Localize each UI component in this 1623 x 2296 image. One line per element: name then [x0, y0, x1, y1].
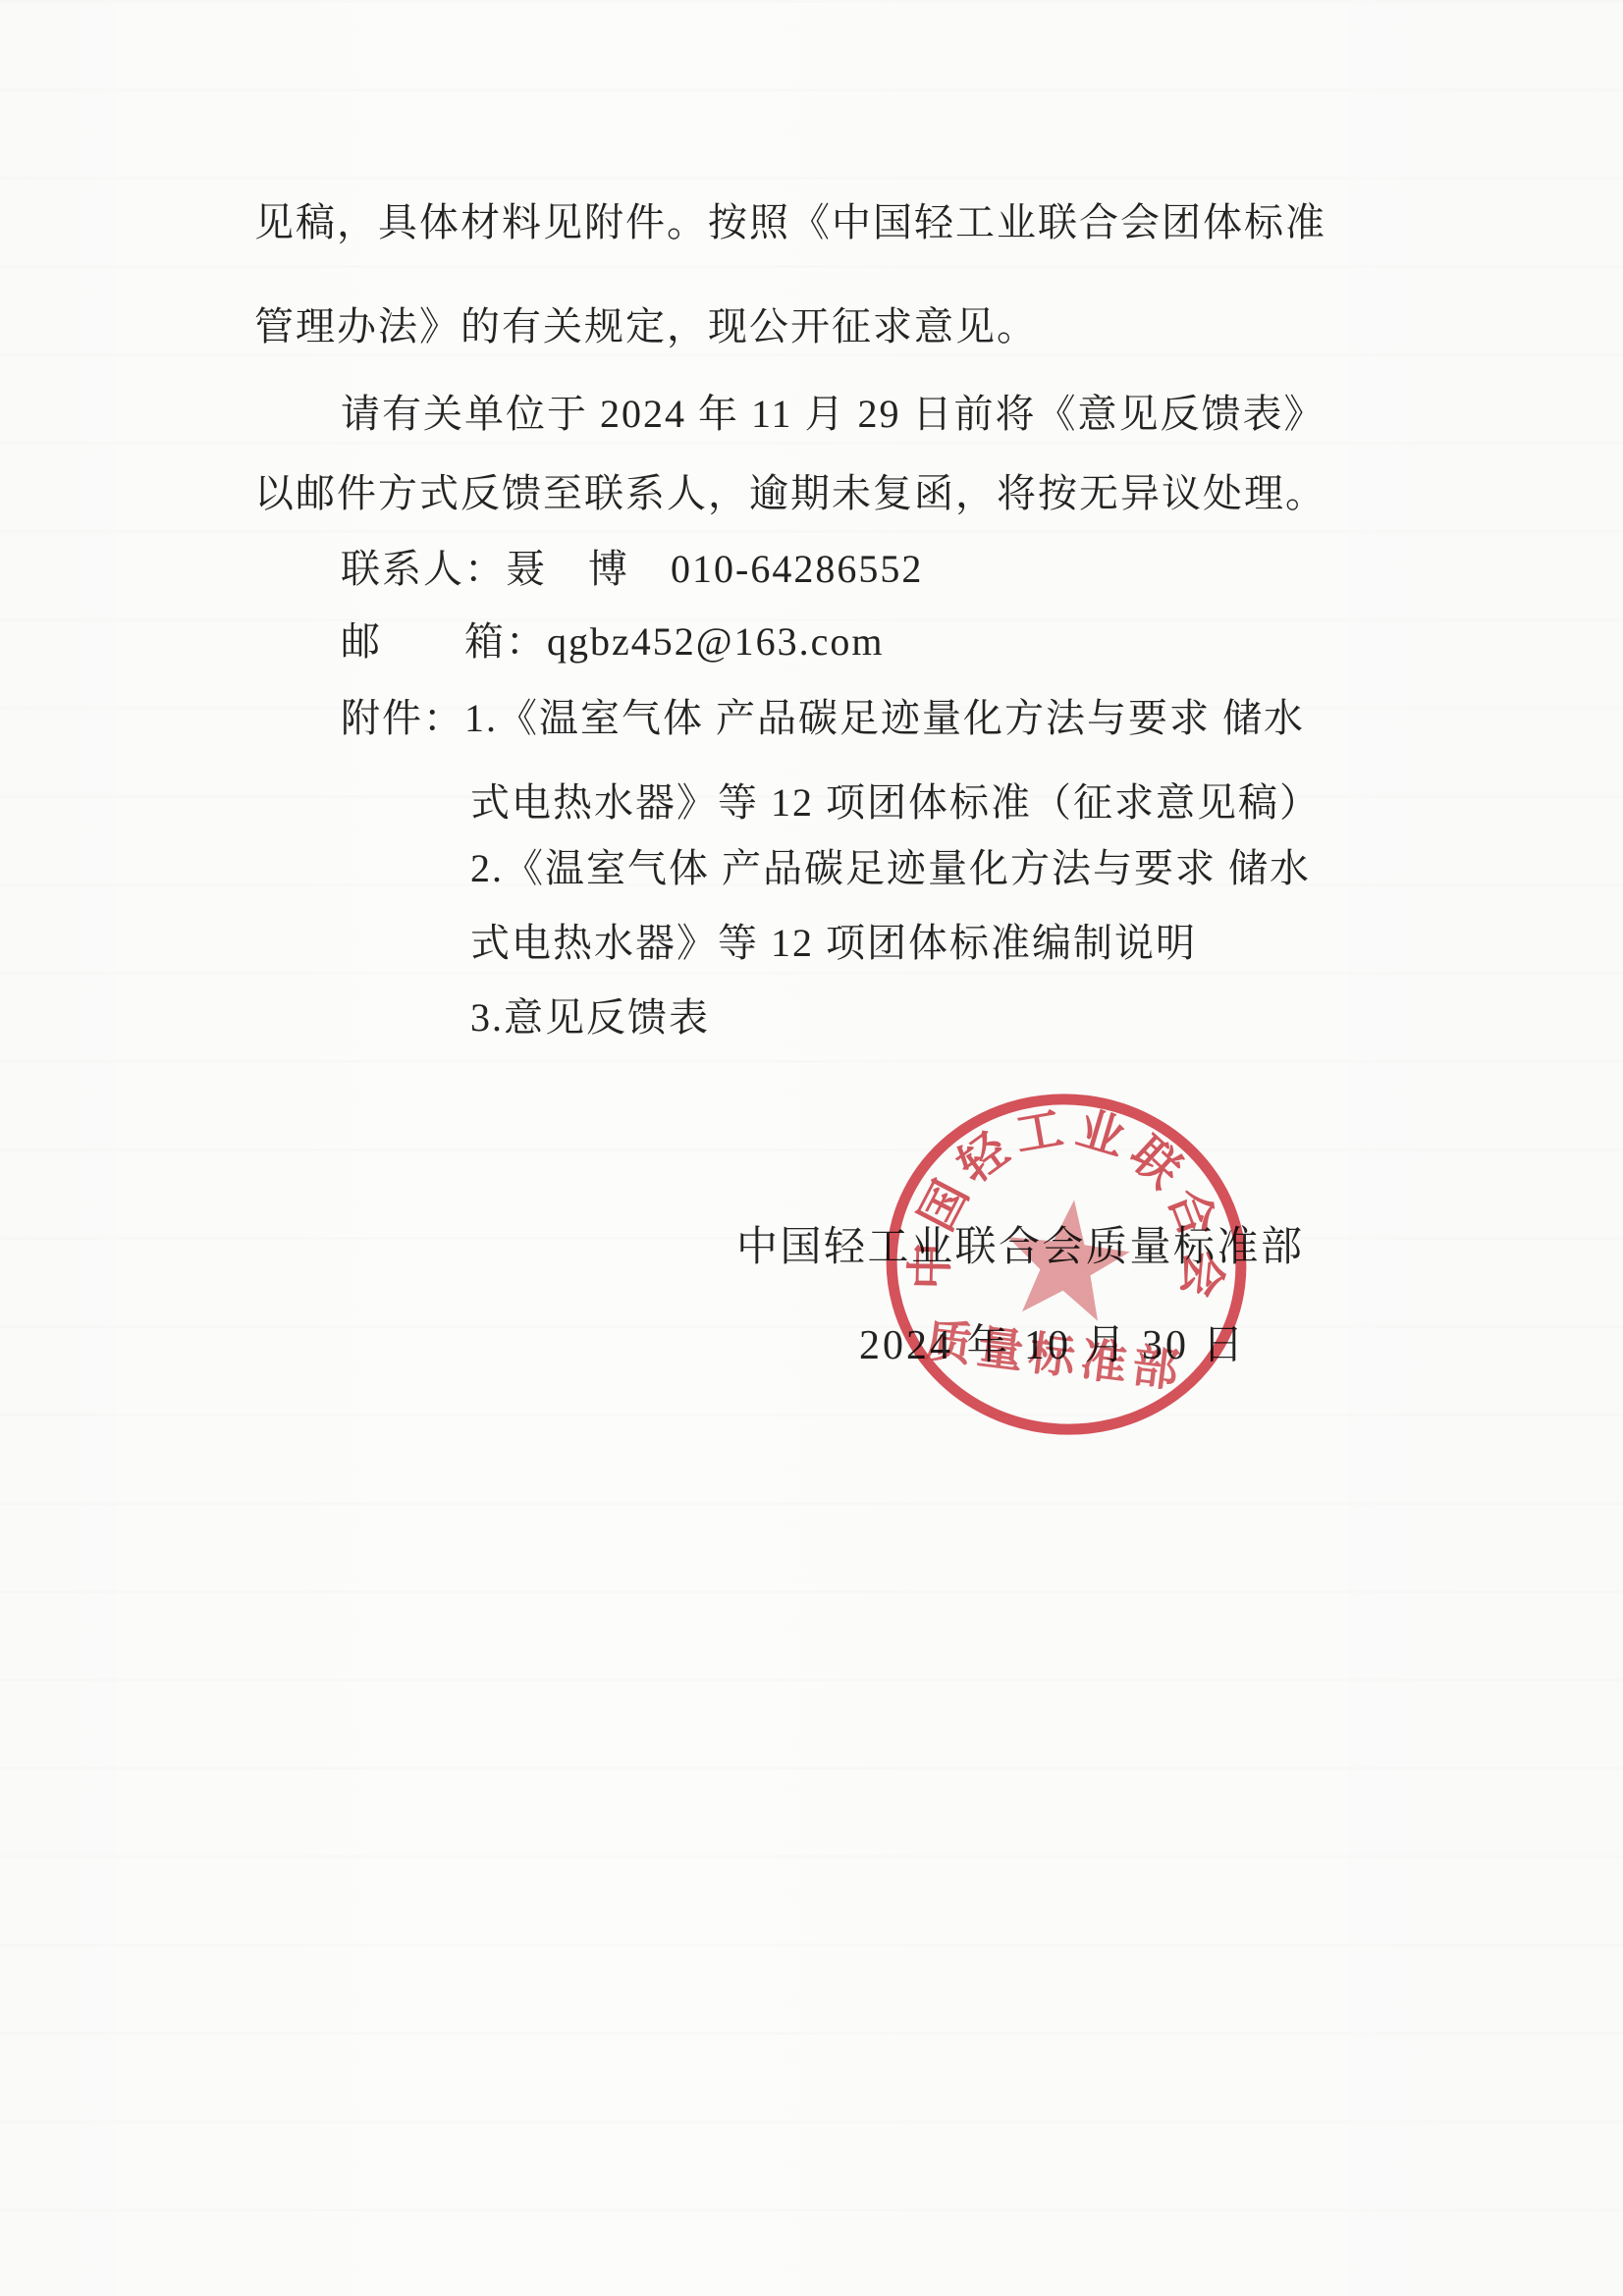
attachment-line-2: 2.《温室气体 产品碳足迹量化方法与要求 储水 — [470, 845, 1311, 892]
body-line: 见稿，具体材料见附件。按照《中国轻工业联合会团体标准 — [254, 199, 1326, 246]
body-line: 请有关单位于 2024 年 11 月 29 日前将《意见反馈表》 — [341, 391, 1325, 438]
seal-department-text: 质量标准部 — [923, 1315, 1187, 1398]
body-line: 管理办法》的有关规定，现公开征求意见。 — [254, 303, 1038, 350]
contact-person-line: 联系人：聂 博 010-64286552 — [341, 546, 923, 593]
contact-email-line: 邮 箱：qgbz452@163.com — [341, 618, 884, 666]
official-seal-icon: 中国轻工业联合会 质量标准部 — [870, 1068, 1263, 1461]
body-line: 以邮件方式反馈至联系人，逾期未复函，将按无异议处理。 — [254, 470, 1326, 517]
document-page: 见稿，具体材料见附件。按照《中国轻工业联合会团体标准 管理办法》的有关规定，现公… — [0, 0, 1623, 2296]
star-icon — [999, 1193, 1135, 1324]
attachment-line-2-cont: 式电热水器》等 12 项团体标准编制说明 — [470, 920, 1197, 967]
attachment-line-3: 3.意见反馈表 — [470, 994, 710, 1041]
attachment-line-1-cont: 式电热水器》等 12 项团体标准（征求意见稿） — [470, 779, 1321, 827]
attachment-line-1: 附件：1.《温室气体 产品碳足迹量化方法与要求 储水 — [341, 695, 1305, 742]
